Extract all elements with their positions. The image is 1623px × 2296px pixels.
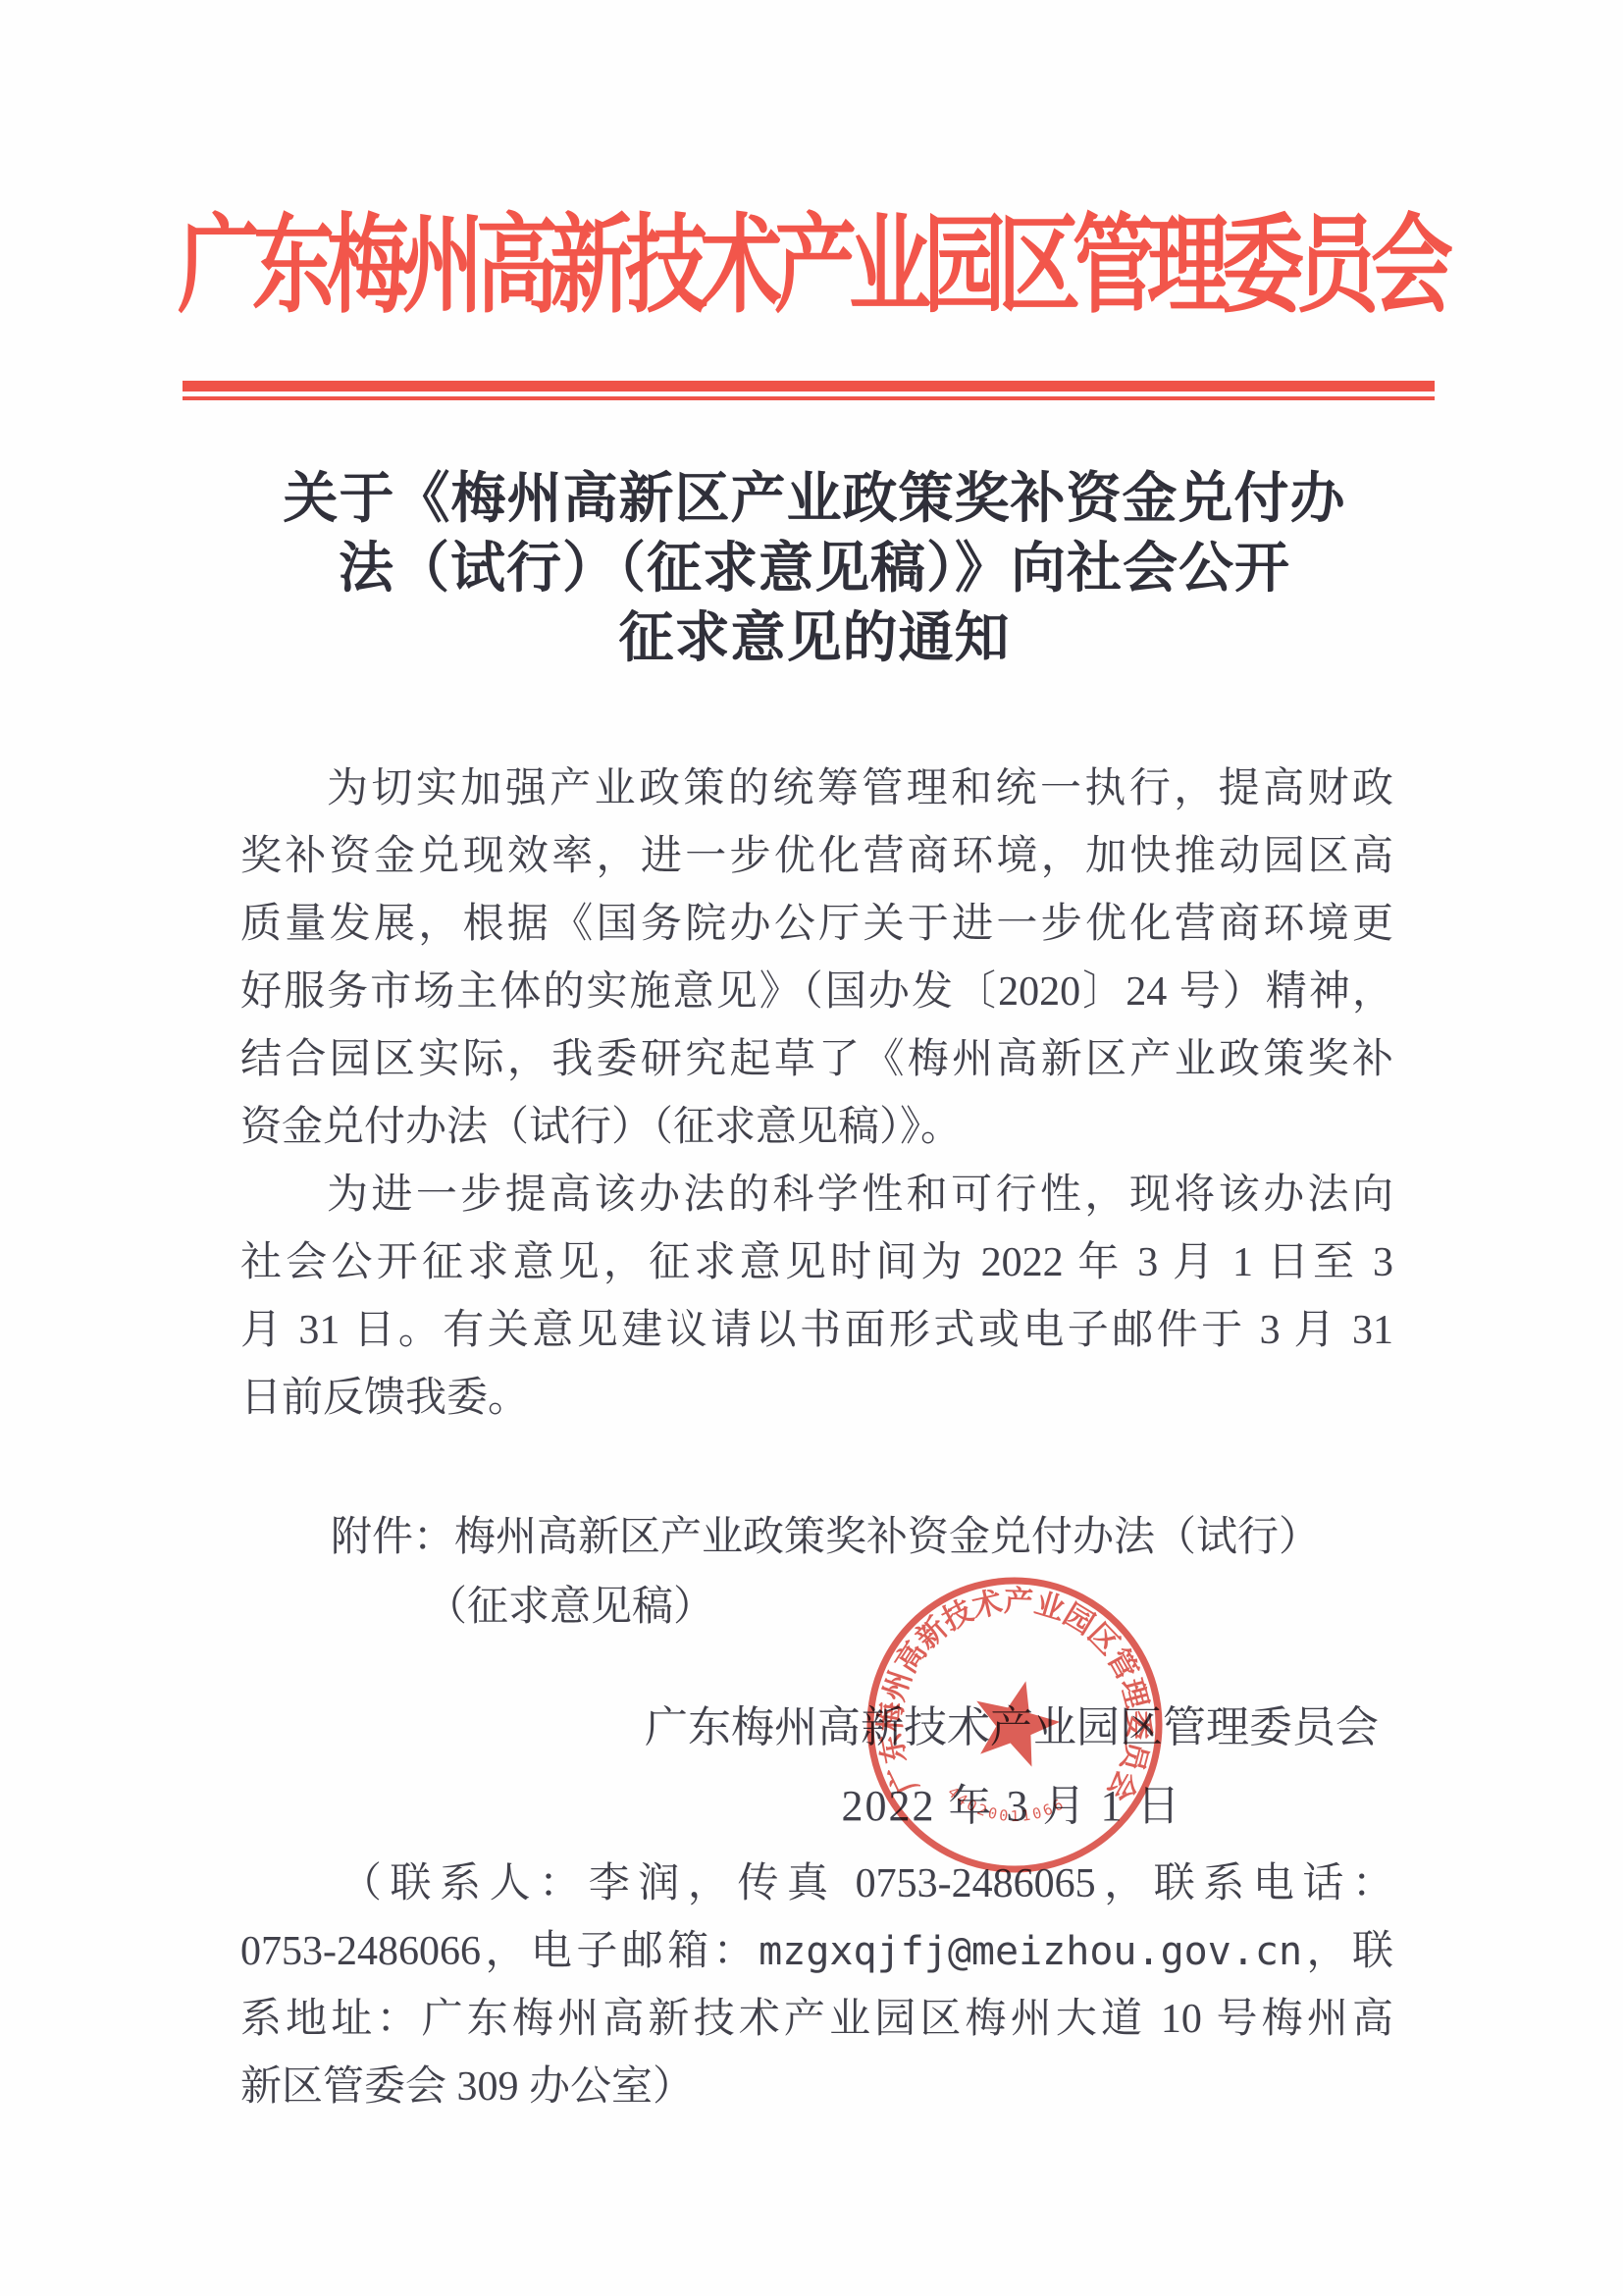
contact-block: （联系人：李润，传真 0753-2486065，联系电话： 0753-24860… [240,1851,1393,2121]
document-title: 关于《梅州高新区产业政策奖补资金兑付办 法（试行）（征求意见稿）》向社会公开 征… [236,465,1393,674]
paragraph-1: 为切实加强产业政策的统筹管理和统一执行，提高财政 奖补资金兑现效率，进一步优化营… [240,756,1393,1162]
attachment-line-2: （征求意见稿） [240,1573,1393,1643]
paragraph-line: 好服务市场主体的实施意见》（国办发〔2020〕24 号）精神， [240,959,1393,1026]
contact-email: mzgxqjfj@meizhou.gov.cn [759,1929,1302,1974]
paragraph-line: 为切实加强产业政策的统筹管理和统一执行，提高财政 [240,756,1393,823]
red-separator-thin [183,396,1435,400]
paragraph-line: 资金兑付办法（试行）（征求意见稿）》。 [240,1094,1393,1162]
paragraph-line: 社会公开征求意见，征求意见时间为 2022 年 3 月 1 日至 3 [240,1229,1393,1297]
attachment-block: 附件：梅州高新区产业政策奖补资金兑付办法（试行） （征求意见稿） [240,1503,1393,1643]
contact-line-2: 0753-2486066，电子邮箱：mzgxqjfj@meizhou.gov.c… [240,1918,1393,1986]
paragraph-line: 奖补资金兑现效率，进一步优化营商环境，加快推动园区高 [240,823,1393,891]
document-title-line-3: 征求意见的通知 [236,604,1393,674]
paragraph-line: 质量发展，根据《国务院办公厅关于进一步优化营商环境更 [240,891,1393,959]
paragraph-line: 为进一步提高该办法的科学性和可行性，现将该办法向 [240,1162,1393,1229]
contact-line-1: （联系人：李润，传真 0753-2486065，联系电话： [240,1851,1393,1918]
attachment-line-1: 附件：梅州高新区产业政策奖补资金兑付办法（试行） [240,1503,1393,1573]
red-separator-thick [183,381,1435,391]
contact-line-3: 系地址：广东梅州高新技术产业园区梅州大道 10 号梅州高 [240,1986,1393,2054]
paragraph-line: 结合园区实际，我委研究起草了《梅州高新区产业政策奖补 [240,1026,1393,1094]
official-seal: 广东梅州高新技术产业园区管理委员会 44020011066 [860,1570,1170,1880]
scanned-document-page: 广东梅州高新技术产业园区管理委员会 关于《梅州高新区产业政策奖补资金兑付办 法（… [0,0,1623,2296]
seal-star-icon [965,1671,1068,1771]
contact-line-4: 新区管委会 309 办公室） [240,2054,1393,2121]
seal-serial: 44020011066 [942,1782,1071,1831]
document-title-line-1: 关于《梅州高新区产业政策奖补资金兑付办 [236,465,1393,535]
agency-masthead: 广东梅州高新技术产业园区管理委员会 [0,180,1623,334]
svg-text:44020011066: 44020011066 [942,1782,1071,1831]
document-title-line-2: 法（试行）（征求意见稿）》向社会公开 [236,535,1393,604]
contact-line-2-pre: 0753-2486066，电子邮箱： [240,1929,759,1974]
paragraph-2: 为进一步提高该办法的科学性和可行性，现将该办法向 社会公开征求意见，征求意见时间… [240,1162,1393,1433]
paragraph-line: 日前反馈我委。 [240,1365,1393,1433]
paragraph-line: 月 31 日。有关意见建议请以书面形式或电子邮件于 3 月 31 [240,1297,1393,1365]
contact-line-2-post: ，联 [1302,1929,1393,1974]
